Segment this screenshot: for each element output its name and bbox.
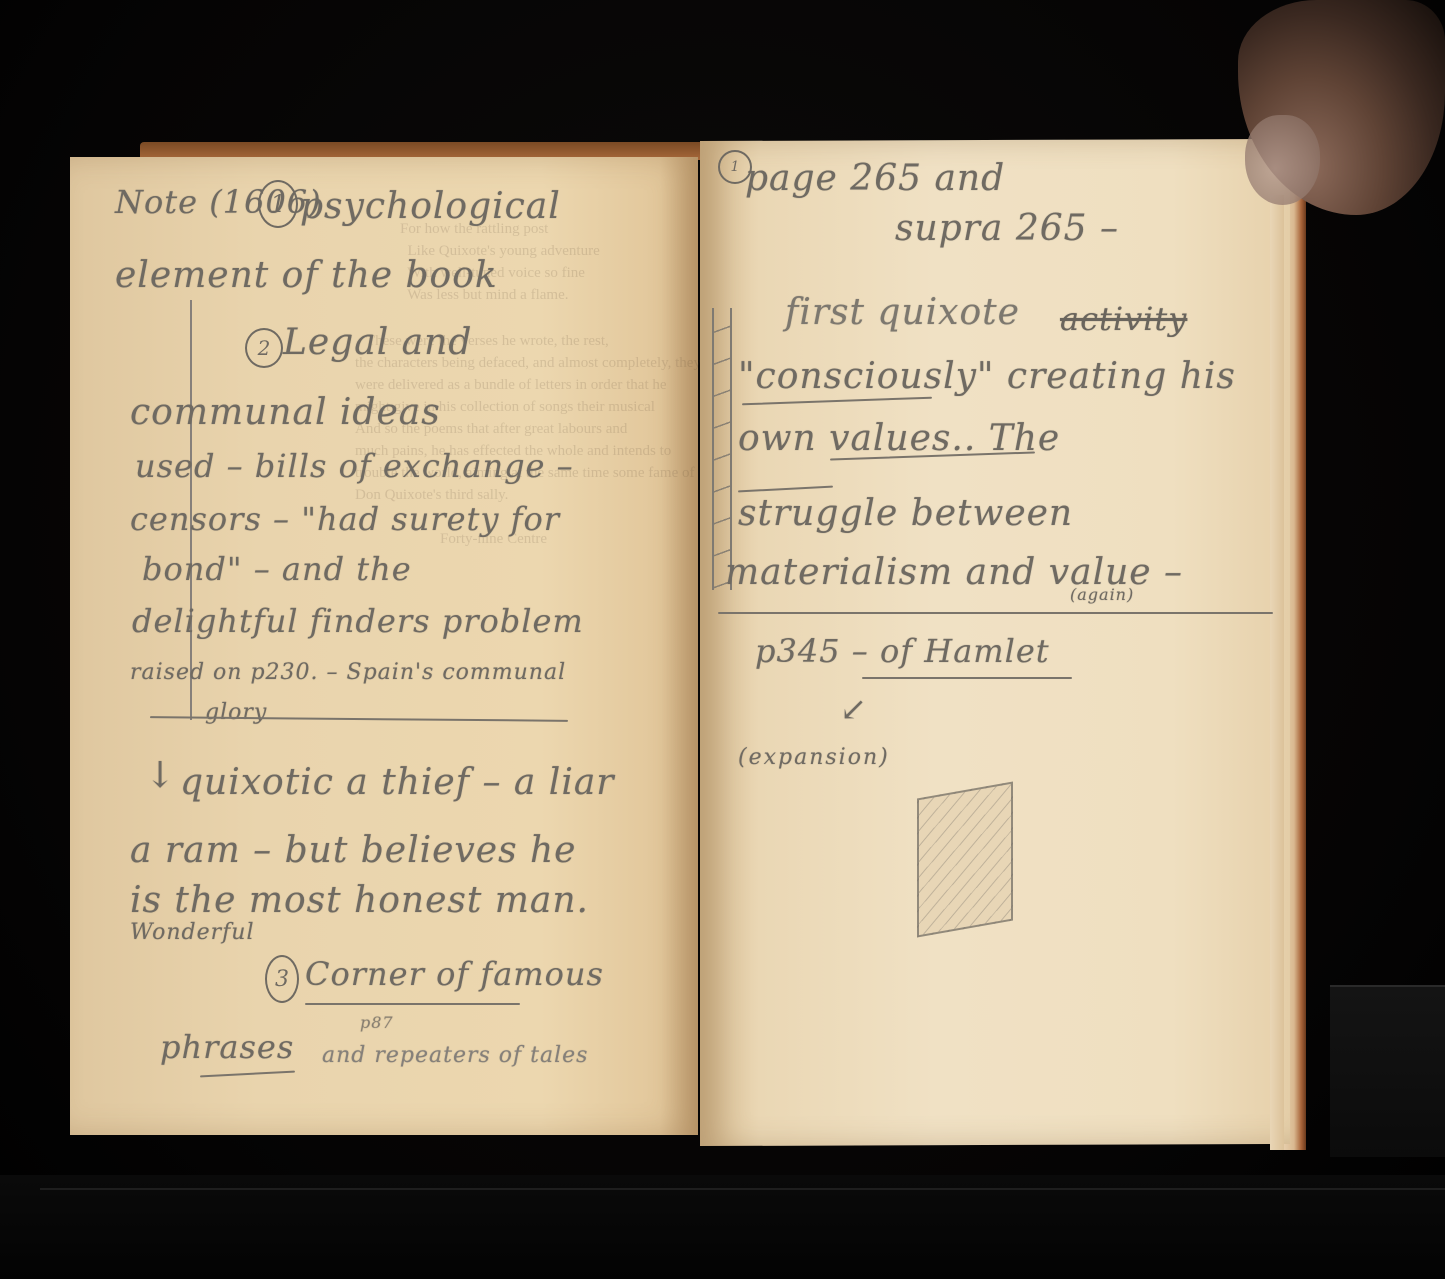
down-arrow-icon: ↙ [840, 690, 868, 728]
page-stack-edge [1270, 195, 1284, 1150]
handwriting-line: first quixote [785, 292, 1020, 333]
handwriting-line: page 265 and [745, 158, 1005, 199]
handwriting-line: phrases [160, 1028, 294, 1066]
handwriting-line: Wonderful [130, 920, 255, 945]
display-shelf [0, 1175, 1445, 1279]
handwriting-line: communal ideas [130, 392, 441, 433]
handwriting-line: element of the book [115, 255, 498, 296]
ladder-sketch-icon [712, 308, 732, 590]
handwriting-line: and repeaters of tales [322, 1043, 588, 1068]
crossed-out-word: activity [1060, 300, 1187, 338]
book-sketch-icon [917, 782, 1013, 938]
down-arrow-icon: ↓ [145, 755, 176, 796]
underline [862, 677, 1072, 679]
handwriting-line: "consciously" creating his [738, 356, 1236, 397]
divider-line [718, 612, 1273, 614]
display-stand [1330, 985, 1445, 1157]
circled-number: 1 [258, 180, 298, 228]
handwriting-line: psychological [300, 186, 561, 227]
photo-scene: For how the rattling post Like Quixote's… [0, 0, 1445, 1279]
handwriting-line: Corner of famous [305, 955, 604, 993]
underline [305, 1003, 520, 1005]
handwriting-line: glory [205, 700, 267, 725]
handwriting-line: bond" – and the [142, 550, 412, 588]
handwriting-line: a ram – but believes he [130, 830, 576, 871]
handwriting-line: of Hamlet [880, 632, 1050, 670]
handwriting-line: (again) [1070, 585, 1134, 604]
handwriting-line: struggle between [738, 493, 1073, 534]
thumbnail-fingernail [1245, 115, 1320, 205]
page-mark: p87 [360, 1013, 394, 1032]
handwriting-line: Legal and [283, 322, 472, 363]
handwriting-line: (expansion) [738, 745, 890, 770]
handwriting-line: used – bills of exchange – [135, 447, 574, 485]
handwriting-line: quixotic a thief – a liar [180, 762, 615, 803]
circled-number: 3 [265, 955, 299, 1003]
handwriting-line: is the most honest man. [130, 880, 589, 921]
handwriting-line: raised on p230. – Spain's communal [130, 660, 566, 685]
handwriting-line: supra 265 – [895, 208, 1119, 249]
shelf-edge [40, 1188, 1445, 1190]
circled-number: 2 [245, 328, 283, 368]
handwriting-line: p345 – [755, 632, 869, 670]
handwriting-line: censors – "had surety for [130, 500, 560, 538]
handwriting-line: delightful finders problem [132, 602, 584, 640]
